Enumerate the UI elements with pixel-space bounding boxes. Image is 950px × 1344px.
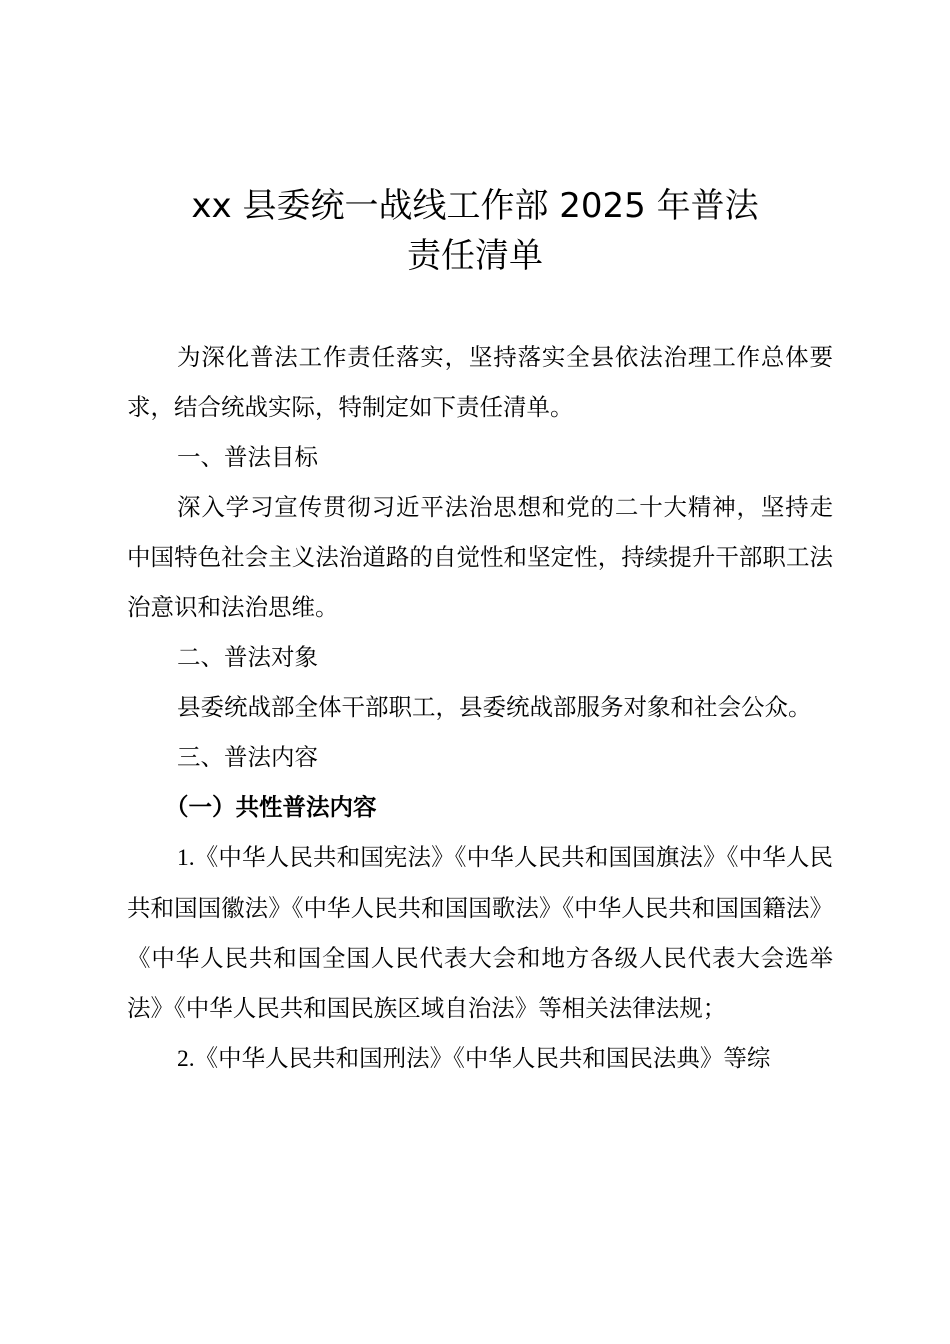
section-heading-targets: 二、普法对象 [127, 632, 833, 682]
list-item-1: 1.《中华人民共和国宪法》《中华人民共和国国旗法》《中华人民共和国国徽法》《中华… [127, 832, 833, 1033]
document-body: 为深化普法工作责任落实，坚持落实全县依法治理工作总体要求，结合统战实际，特制定如… [127, 332, 833, 1084]
list-item-number: 1. [177, 845, 195, 871]
section-heading-content: 三、普法内容 [127, 732, 833, 782]
list-item-text: 《中华人民共和国宪法》《中华人民共和国国旗法》《中华人民共和国国徽法》《中华人民… [127, 843, 833, 1022]
subheading-common-content: （一）共性普法内容 [127, 782, 833, 832]
title-line-2: 责任清单 [0, 231, 950, 281]
intro-paragraph: 为深化普法工作责任落实，坚持落实全县依法治理工作总体要求，结合统战实际，特制定如… [127, 332, 833, 432]
list-item-number: 2. [177, 1046, 195, 1072]
document-title: xx 县委统一战线工作部 2025 年普法 责任清单 [0, 181, 950, 281]
section-heading-goals: 一、普法目标 [127, 432, 833, 482]
title-line-1: xx 县委统一战线工作部 2025 年普法 [0, 181, 950, 231]
list-item-text: 《中华人民共和国刑法》《中华人民共和国民法典》等综 [195, 1044, 771, 1072]
section-text-targets: 县委统战部全体干部职工，县委统战部服务对象和社会公众。 [127, 682, 833, 732]
list-item-2: 2.《中华人民共和国刑法》《中华人民共和国民法典》等综 [127, 1033, 833, 1084]
document-page: xx 县委统一战线工作部 2025 年普法 责任清单 为深化普法工作责任落实，坚… [0, 0, 950, 1344]
section-text-goals: 深入学习宣传贯彻习近平法治思想和党的二十大精神，坚持走中国特色社会主义法治道路的… [127, 482, 833, 632]
